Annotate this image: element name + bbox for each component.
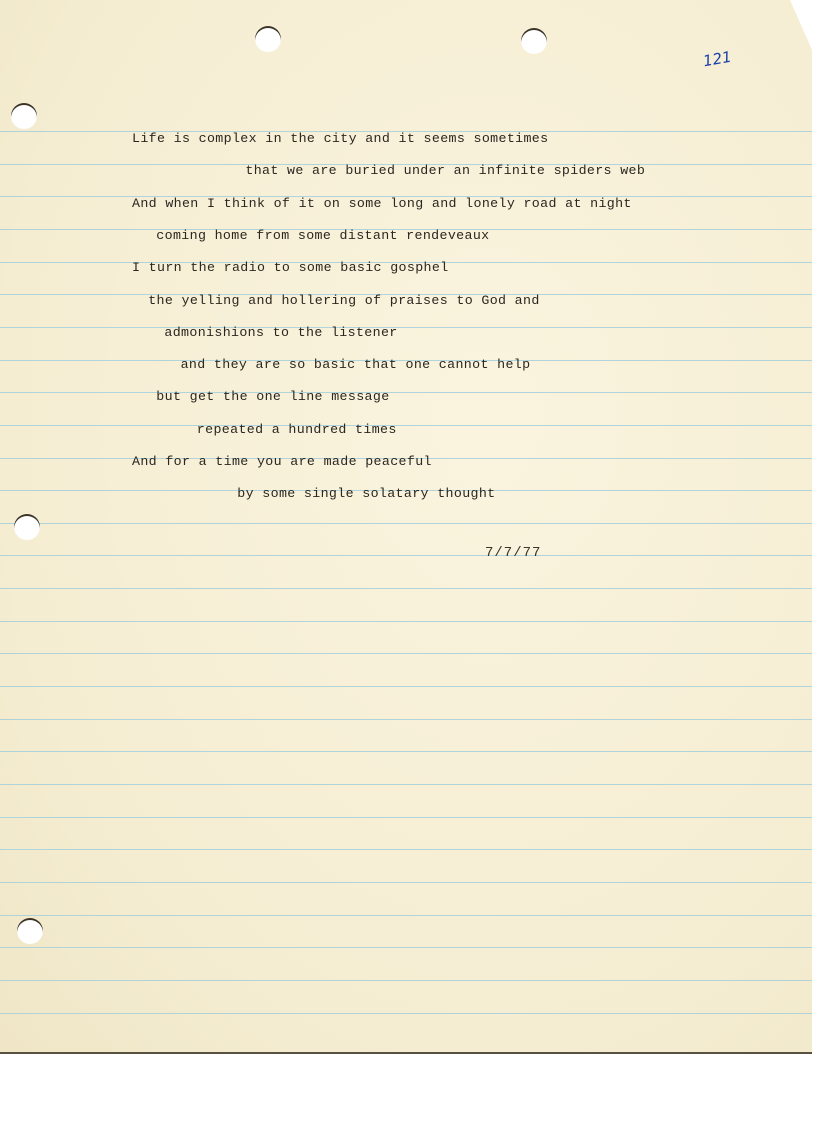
poem-line: but get the one line message <box>156 389 389 404</box>
punch-hole <box>14 514 40 540</box>
ruled-line <box>0 784 812 785</box>
poem-line: admonishions to the listener <box>164 325 397 340</box>
poem-line: And for a time you are made peaceful <box>132 454 432 469</box>
poem-line: Life is complex in the city and it seems… <box>132 131 548 146</box>
ruled-line <box>0 327 812 328</box>
poem-line: repeated a hundred times <box>197 422 397 437</box>
ruled-line <box>0 849 812 850</box>
ruled-line <box>0 588 812 589</box>
ruled-line <box>0 686 812 687</box>
ruled-line <box>0 751 812 752</box>
poem-line: that we are buried under an infinite spi… <box>245 163 645 178</box>
punch-hole <box>17 918 43 944</box>
punch-hole <box>521 28 547 54</box>
punch-hole <box>11 103 37 129</box>
ruled-line <box>0 1013 812 1014</box>
poem-line: And when I think of it on some long and … <box>132 196 632 211</box>
ruled-line <box>0 882 812 883</box>
ruled-line <box>0 425 812 426</box>
ruled-line <box>0 555 812 556</box>
poem-line: I turn the radio to some basic gosphel <box>132 260 449 275</box>
ruled-line <box>0 392 812 393</box>
ruled-line <box>0 653 812 654</box>
poem-line: by some single solatary thought <box>237 486 495 501</box>
ruled-line <box>0 947 812 948</box>
ruled-line <box>0 719 812 720</box>
folded-corner <box>790 0 812 50</box>
ruled-line <box>0 817 812 818</box>
poem-line: and they are so basic that one cannot he… <box>181 357 531 372</box>
poem-date: 7/7/77 <box>485 545 541 561</box>
ruled-line <box>0 621 812 622</box>
poem-line: coming home from some distant rendeveaux <box>156 228 489 243</box>
handwritten-page-number: 121 <box>702 48 733 71</box>
lined-paper-page: 121 Life is complex in the city and it s… <box>0 0 812 1054</box>
ruled-line <box>0 523 812 524</box>
poem-line: the yelling and hollering of praises to … <box>148 293 539 308</box>
punch-hole <box>255 26 281 52</box>
ruled-line <box>0 980 812 981</box>
ruled-line <box>0 915 812 916</box>
